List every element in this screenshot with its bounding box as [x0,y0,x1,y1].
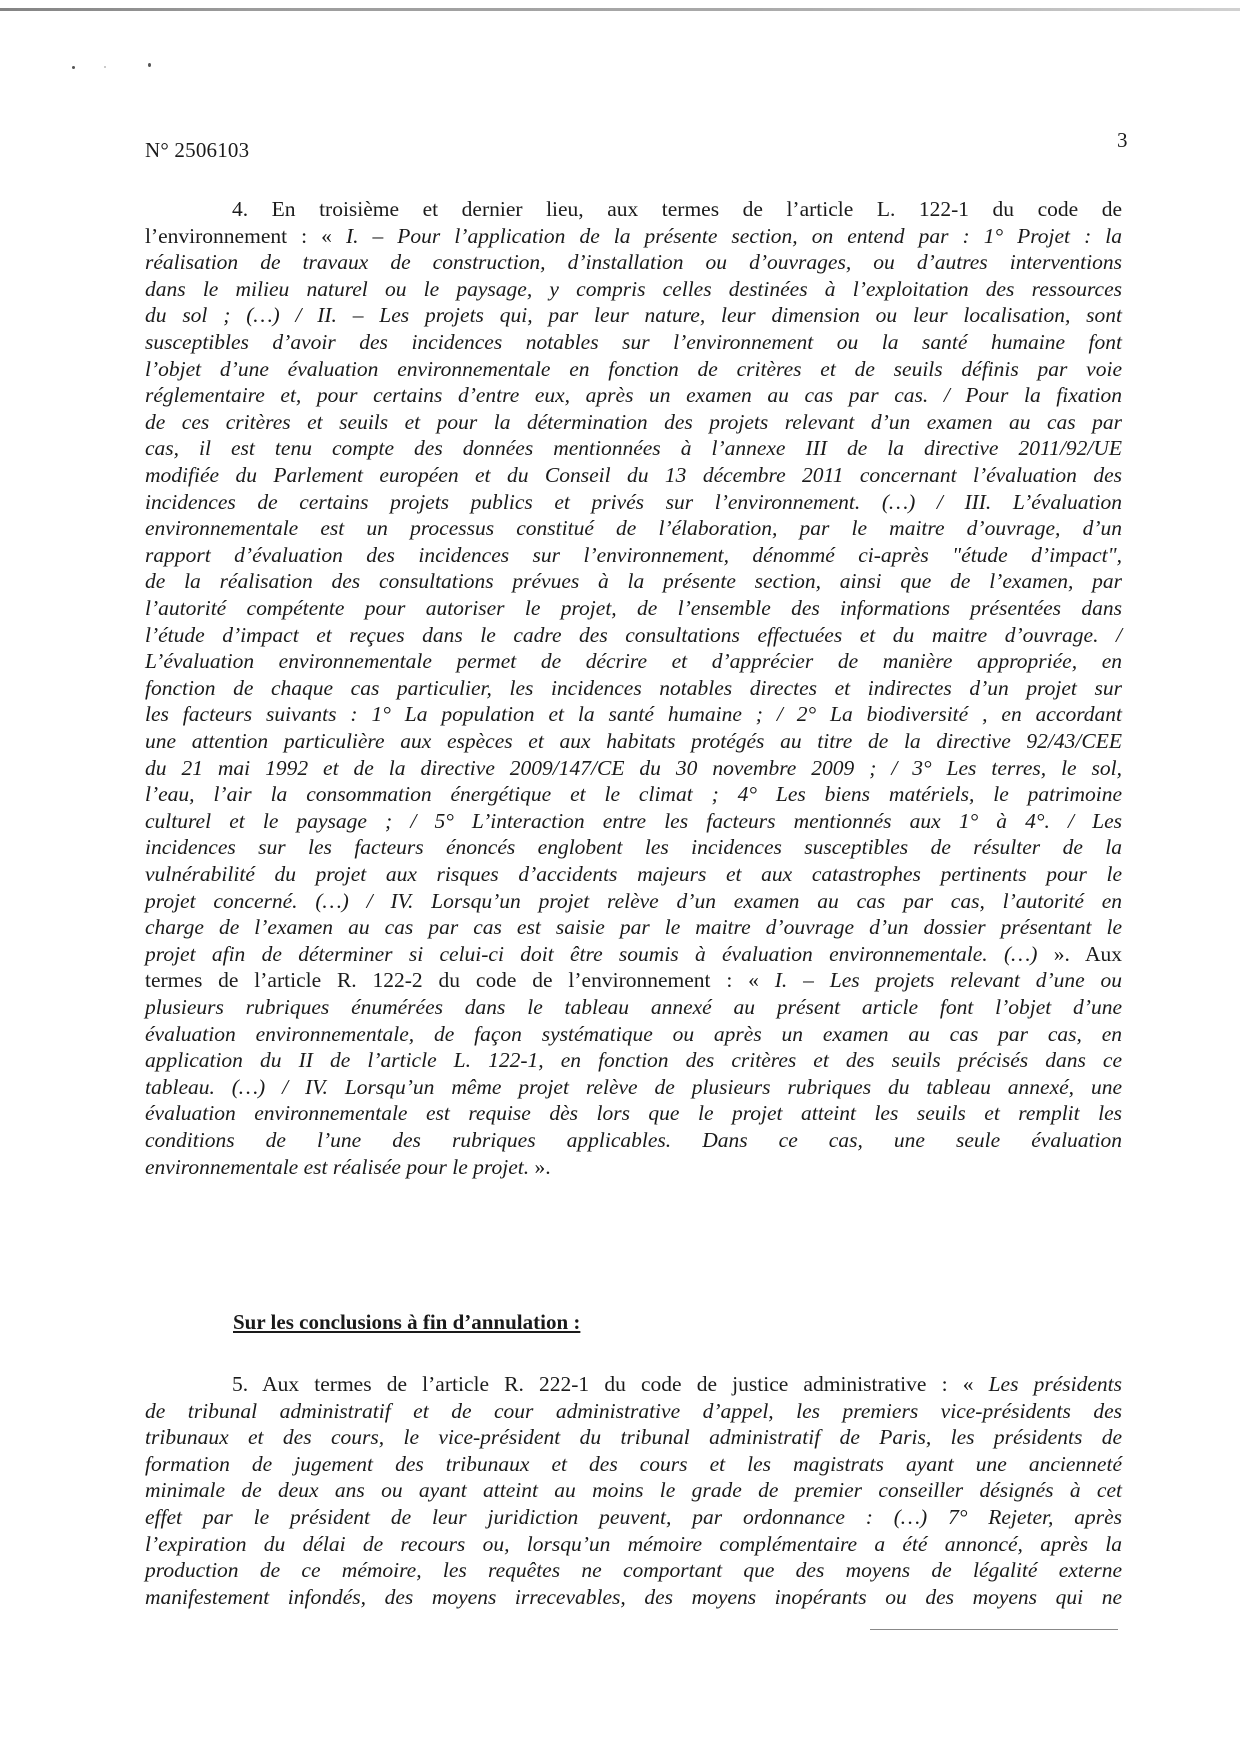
text-line: une attention particulière aux espèces e… [145,728,1122,755]
text-line: 4. En troisième et dernier lieu, aux ter… [232,196,1122,223]
quoted-text: environnementale est réalisée pour le pr… [145,1155,529,1179]
quoted-text: évaluation environnementale est requise … [145,1101,1122,1125]
text-line: application du II de l’article L. 122-1,… [145,1047,1122,1074]
quoted-text: une attention particulière aux espèces e… [145,729,1122,753]
text-line: l’expiration du délai de recours ou, lor… [145,1531,1122,1558]
text-line: incidences sur les facteurs énoncés engl… [145,834,1122,861]
text-line: l’environnement : « I. – Pour l’applicat… [145,223,1122,250]
text-line: vulnérabilité du projet aux risques d’ac… [145,861,1122,888]
quoted-text: susceptibles d’avoir des incidences nota… [145,330,1122,354]
text-line: rapport d’évaluation des incidences sur … [145,542,1122,569]
quoted-text: de la réalisation des consultations prév… [145,569,1122,593]
text-line: projet afin de déterminer si celui-ci do… [145,941,1122,968]
text-line: les facteurs suivants : 1° La population… [145,701,1122,728]
quoted-text: incidences de certains projets publics e… [145,490,1122,514]
body-text: l’environnement : « [145,224,346,248]
text-line: effet par le président de leur juridicti… [145,1504,1122,1531]
text-line: production de ce mémoire, les requêtes n… [145,1557,1122,1584]
text-line: charge de l’examen au cas par cas est sa… [145,914,1122,941]
quoted-text: évaluation environnementale, de façon sy… [145,1022,1122,1046]
text-line: de la réalisation des consultations prév… [145,568,1122,595]
quoted-text: de ces critères et seuils et pour la dét… [145,410,1122,434]
text-line: du sol ; (…) / II. – Les projets qui, pa… [145,302,1122,329]
text-line: de tribunal administratif et de cour adm… [145,1398,1122,1425]
text-line: termes de l’article R. 122-2 du code de … [145,967,1122,994]
text-line: manifestement infondés, des moyens irrec… [145,1584,1122,1611]
text-line: modifiée du Parlement européen et du Con… [145,462,1122,489]
scan-speck [104,66,106,68]
case-number: N° 2506103 [145,138,249,163]
quoted-text: l’autorité compétente pour autoriser le … [145,596,1122,620]
text-line: susceptibles d’avoir des incidences nota… [145,329,1122,356]
text-line: de ces critères et seuils et pour la dét… [145,409,1122,436]
quoted-text: cas, il est tenu compte des données ment… [145,436,1122,460]
quoted-text: réalisation de travaux de construction, … [145,250,1122,274]
quoted-text: Les présidents [989,1372,1122,1396]
section-heading: Sur les conclusions à fin d’annulation : [233,1310,580,1335]
quoted-text: fonction de chaque cas particulier, les … [145,676,1122,700]
text-line: l’eau, l’air la consommation énergétique… [145,781,1122,808]
quoted-text: dans le milieu naturel ou le paysage, y … [145,277,1122,301]
text-line: l’étude d’impact et reçues dans le cadre… [145,622,1122,649]
quoted-text: culturel et le paysage ; / 5° L’interact… [145,809,1122,833]
body-text: 5. Aux termes de l’article R. 222-1 du c… [232,1372,989,1396]
text-line: fonction de chaque cas particulier, les … [145,675,1122,702]
text-line: cas, il est tenu compte des données ment… [145,435,1122,462]
text-line: projet concerné. (…) / IV. Lorsqu’un pro… [145,888,1122,915]
quoted-text: conditions de l’une des rubriques applic… [145,1128,1122,1152]
page-number: 3 [1117,128,1128,153]
scan-speck [148,63,151,67]
quoted-text: projet afin de déterminer si celui-ci do… [145,942,1037,966]
text-line: formation de jugement des tribunaux et d… [145,1451,1122,1478]
body-text: ». Aux [1037,942,1122,966]
quoted-text: du sol ; (…) / II. – Les projets qui, pa… [145,303,1122,327]
text-line: évaluation environnementale est requise … [145,1100,1122,1127]
quoted-text: l’étude d’impact et reçues dans le cadre… [145,623,1122,647]
quoted-text: les facteurs suivants : 1° La population… [145,702,1122,726]
text-line: plusieurs rubriques énumérées dans le ta… [145,994,1122,1021]
quoted-text: manifestement infondés, des moyens irrec… [145,1585,1122,1609]
quoted-text: I. – Les projets relevant d’une ou [775,968,1122,992]
quoted-text: formation de jugement des tribunaux et d… [145,1452,1122,1476]
quoted-text: application du II de l’article L. 122-1,… [145,1048,1122,1072]
scan-speck [72,66,75,69]
quoted-text: effet par le président de leur juridicti… [145,1505,1122,1529]
quoted-text: l’eau, l’air la consommation énergétique… [145,782,1122,806]
body-text: 4. En troisième et dernier lieu, aux ter… [232,197,1122,221]
text-line: réalisation de travaux de construction, … [145,249,1122,276]
body-text: termes de l’article R. 122-2 du code de … [145,968,775,992]
quoted-text: environnementale est un processus consti… [145,516,1122,540]
text-line: minimale de deux ans ou ayant atteint au… [145,1477,1122,1504]
quoted-text: minimale de deux ans ou ayant atteint au… [145,1478,1122,1502]
text-line: environnementale est réalisée pour le pr… [145,1154,1122,1181]
quoted-text: projet concerné. (…) / IV. Lorsqu’un pro… [145,889,1122,913]
text-line: dans le milieu naturel ou le paysage, y … [145,276,1122,303]
text-line: l’objet d’une évaluation environnemental… [145,356,1122,383]
text-line: L’évaluation environnementale permet de … [145,648,1122,675]
scan-top-edge [0,8,1240,11]
handwritten-underline [870,1629,1118,1630]
quoted-text: production de ce mémoire, les requêtes n… [145,1558,1122,1582]
quoted-text: rapport d’évaluation des incidences sur … [145,543,1122,567]
text-line: conditions de l’une des rubriques applic… [145,1127,1122,1154]
text-line: du 21 mai 1992 et de la directive 2009/1… [145,755,1122,782]
text-line: culturel et le paysage ; / 5° L’interact… [145,808,1122,835]
quoted-text: tableau. (…) / IV. Lorsqu’un même projet… [145,1075,1122,1099]
quoted-text: charge de l’examen au cas par cas est sa… [145,915,1122,939]
quoted-text: incidences sur les facteurs énoncés engl… [145,835,1122,859]
quoted-text: l’expiration du délai de recours ou, lor… [145,1532,1122,1556]
quoted-text: tribunaux et des cours, le vice-présiden… [145,1425,1122,1449]
quoted-text: plusieurs rubriques énumérées dans le ta… [145,995,1122,1019]
quoted-text: du 21 mai 1992 et de la directive 2009/1… [145,756,1122,780]
quoted-text: L’évaluation environnementale permet de … [145,649,1122,673]
text-line: 5. Aux termes de l’article R. 222-1 du c… [232,1371,1122,1398]
text-line: incidences de certains projets publics e… [145,489,1122,516]
quoted-text: vulnérabilité du projet aux risques d’ac… [145,862,1122,886]
body-text: ». [529,1155,551,1179]
quoted-text: de tribunal administratif et de cour adm… [145,1399,1122,1423]
text-line: environnementale est un processus consti… [145,515,1122,542]
quoted-text: I. – Pour l’application de la présente s… [346,224,1122,248]
text-line: l’autorité compétente pour autoriser le … [145,595,1122,622]
text-line: tribunaux et des cours, le vice-présiden… [145,1424,1122,1451]
text-line: réglementaire et, pour certains d’entre … [145,382,1122,409]
quoted-text: l’objet d’une évaluation environnemental… [145,357,1122,381]
text-line: évaluation environnementale, de façon sy… [145,1021,1122,1048]
quoted-text: réglementaire et, pour certains d’entre … [145,383,1122,407]
text-line: tableau. (…) / IV. Lorsqu’un même projet… [145,1074,1122,1101]
quoted-text: modifiée du Parlement européen et du Con… [145,463,1122,487]
